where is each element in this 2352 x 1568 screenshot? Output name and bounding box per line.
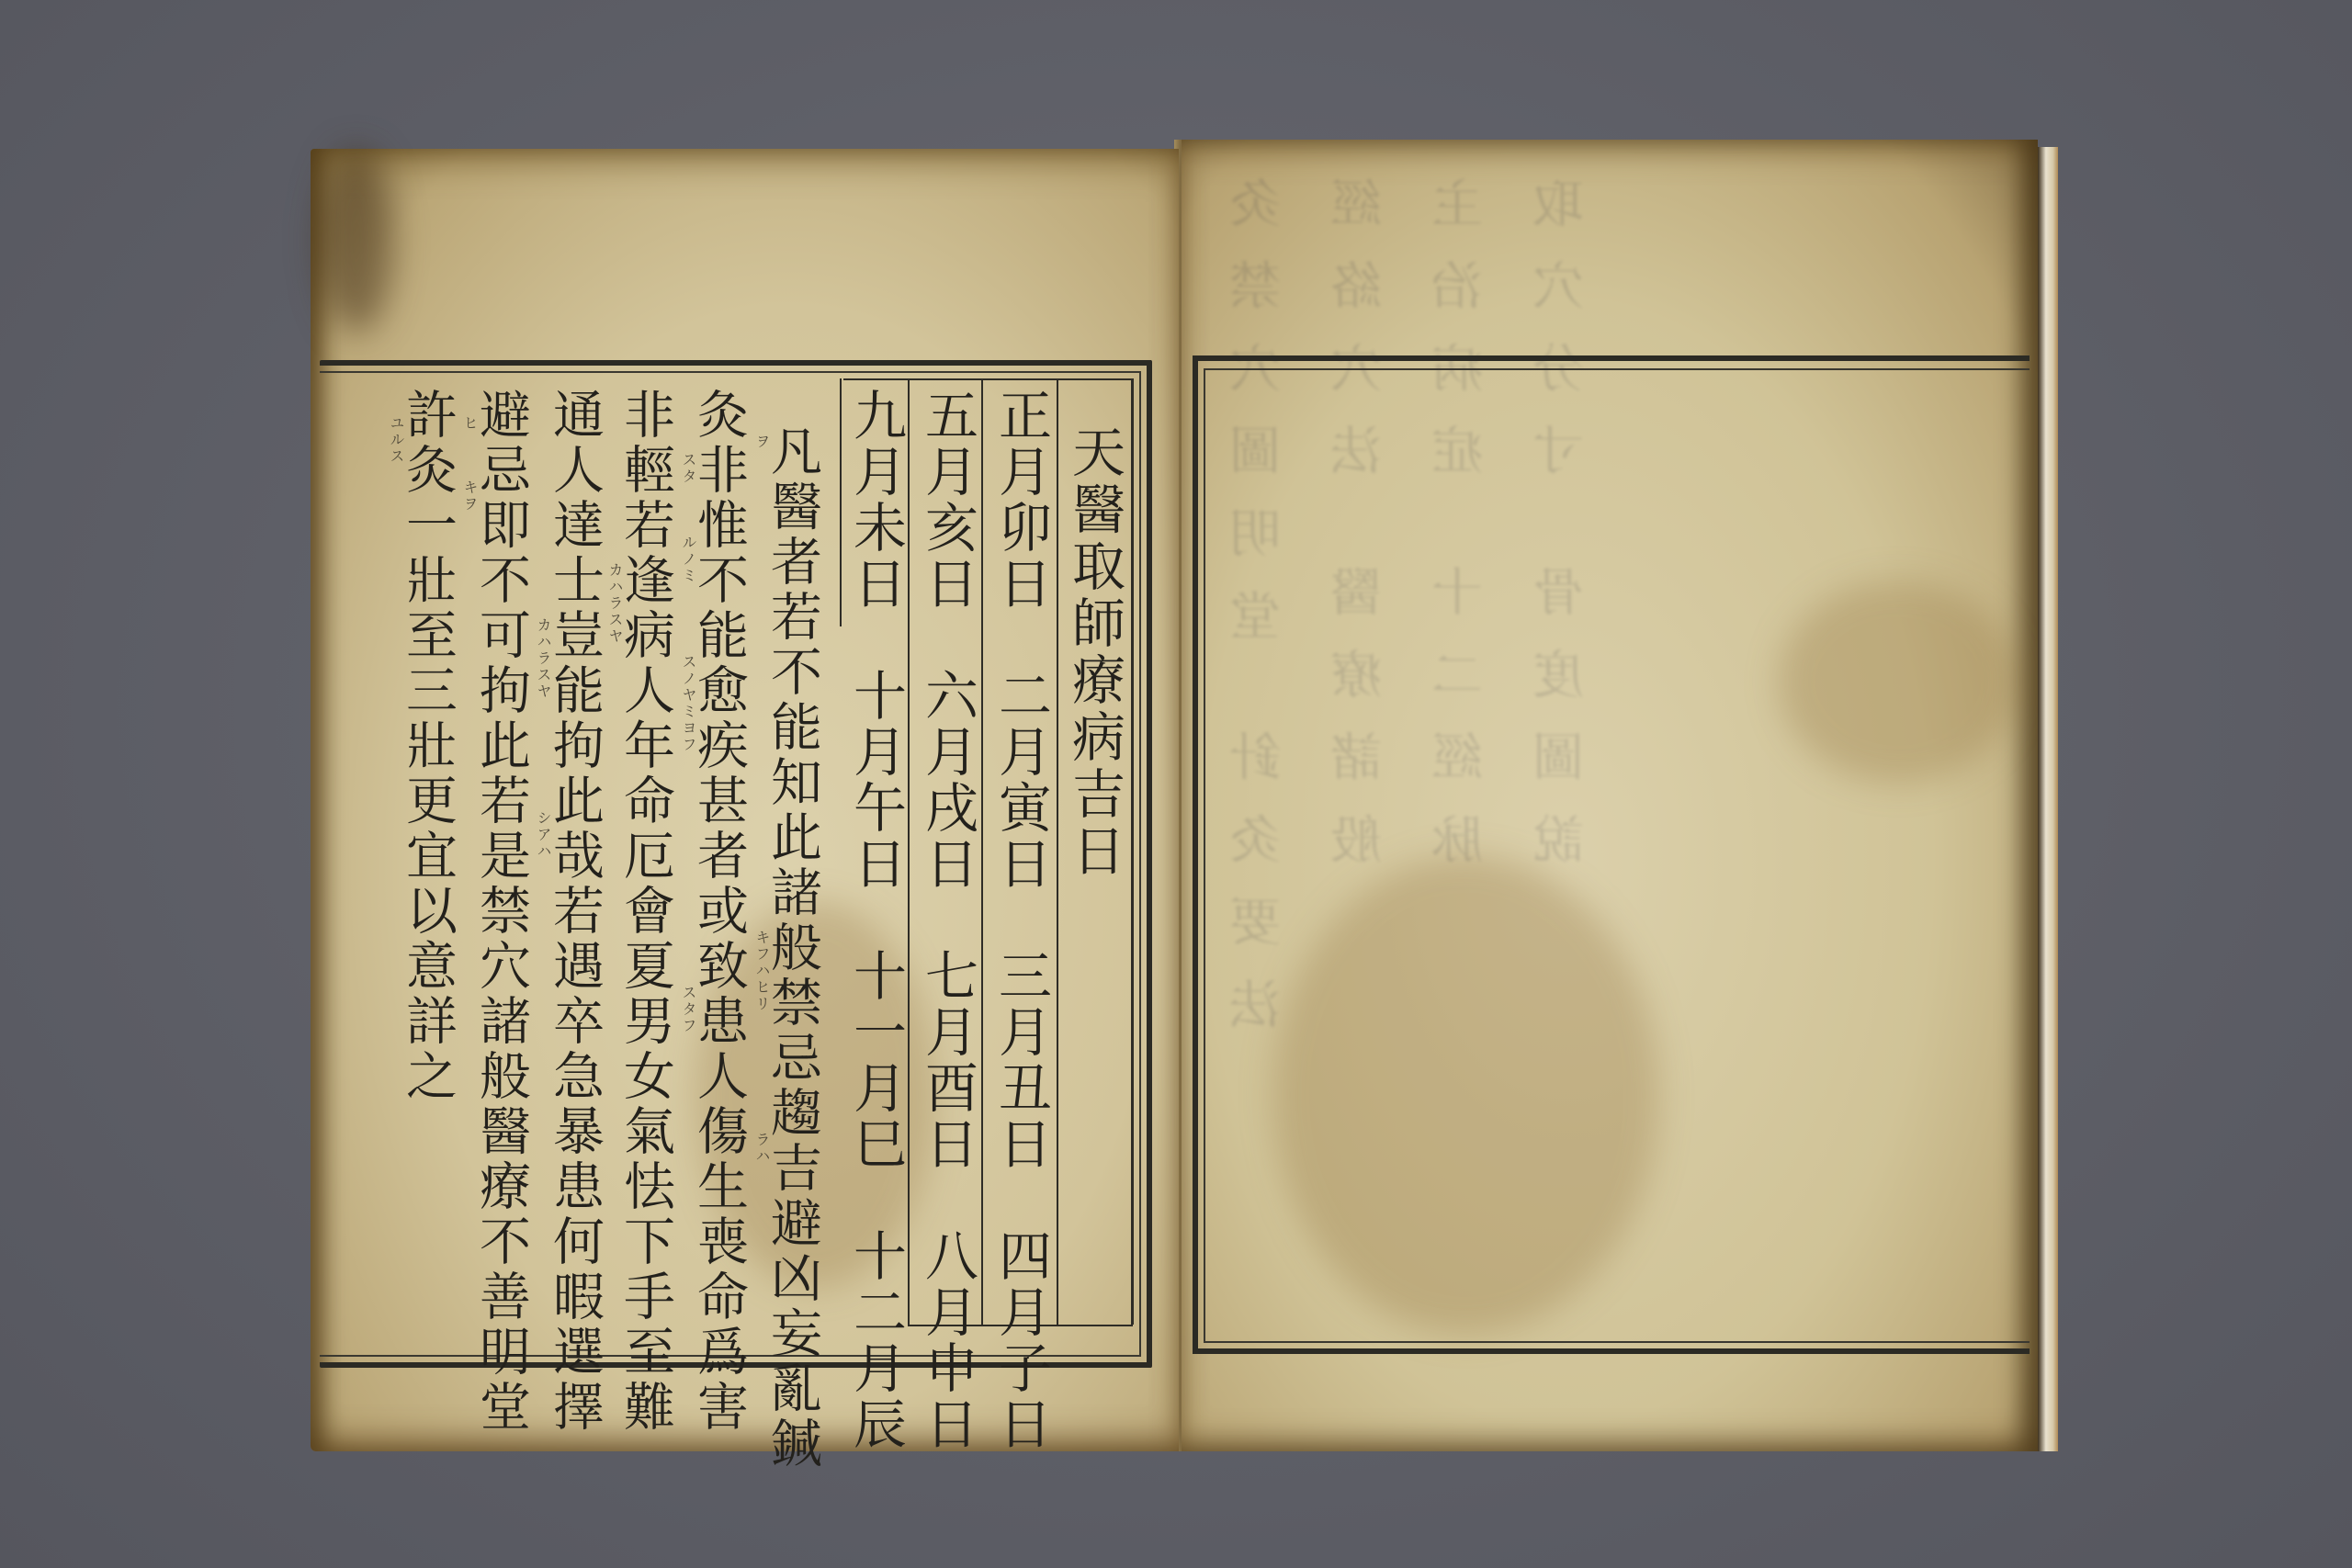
month-cell: 正月卯日 — [989, 388, 1052, 612]
month-cell: 八月申日 — [916, 1228, 978, 1452]
corner-stain — [320, 149, 393, 333]
month-cell: 九月未日 — [844, 388, 907, 612]
kana-gloss: キヲ — [459, 479, 481, 513]
table-rule — [1057, 378, 1058, 1325]
kana-gloss: ユルス — [386, 415, 407, 465]
body-column-6: 許灸一壯至三壯更宜以意詳之 — [401, 388, 454, 1104]
kana-gloss: スノヤミヨフ — [678, 654, 699, 753]
table-top-rule — [843, 378, 1133, 380]
page-edge — [2038, 147, 2058, 1451]
right-page: 灸 禁 穴 圖 明 堂 針 灸 要 法 經 絡 穴 法 醫 療 諸 般 主 治 … — [1182, 140, 2038, 1451]
show-through-text: 灸 禁 穴 圖 明 堂 針 灸 要 法 經 絡 穴 法 醫 療 諸 般 主 治 … — [1209, 176, 2019, 1415]
month-column-2: 五月亥日 六月戌日 七月酉日 八月申日 — [915, 388, 979, 1452]
month-cell: 十二月辰 — [844, 1228, 907, 1452]
kana-gloss: スタ — [678, 452, 699, 485]
table-right-rule — [1131, 378, 1134, 1325]
kana-gloss: スタフ — [678, 985, 699, 1034]
kana-gloss: ルノミ — [678, 535, 699, 584]
month-cell: 二月寅日 — [989, 668, 1052, 892]
kana-gloss: キフハヒリ — [752, 930, 773, 1012]
month-cell: 五月亥日 — [916, 388, 978, 612]
body-column-1: 凡醫者若不能知此諸般禁忌趨吉避凶妄亂鍼 — [765, 424, 819, 1472]
month-cell: 四月子日 — [989, 1228, 1052, 1452]
body-column-5: 避忌即不可拘此若是禁穴諸般醫療不善明堂 — [474, 388, 527, 1435]
body-column-2: 灸非惟不能愈疾甚者或致患人傷生喪命爲害 — [692, 388, 745, 1435]
month-cell: 六月戌日 — [916, 668, 978, 892]
kana-gloss: シアハ — [533, 810, 554, 860]
body-column-4: 通人達士豈能拘此哉若遇卒急暴患何暇選擇 — [548, 388, 601, 1435]
table-rule — [908, 378, 910, 1325]
kana-gloss: カハラスヤ — [533, 617, 554, 700]
kana-gloss: ラハ — [752, 1132, 773, 1165]
body-column-3: 非輕若逢病人年命厄會夏男女氣怯下手至難 — [618, 388, 672, 1435]
left-page: 天醫取師療病吉日 正月卯日 二月寅日 三月丑日 四月子日 五月亥日 六月戌日 七… — [311, 149, 1179, 1451]
table-rule — [981, 378, 983, 1325]
month-cell: 十月午日 — [844, 668, 907, 892]
kana-gloss: ヒ — [459, 415, 481, 432]
month-cell: 七月酉日 — [916, 948, 978, 1172]
month-column-1: 正月卯日 二月寅日 三月丑日 四月子日 — [989, 388, 1053, 1452]
page-title: 天醫取師療病吉日 — [1062, 424, 1126, 880]
month-column-3: 九月未日 十月午日 十一月巳 十二月辰 — [843, 388, 908, 1452]
table-rule — [840, 378, 842, 626]
kana-gloss: ヲ — [752, 434, 773, 450]
month-cell: 十一月巳 — [844, 948, 907, 1172]
left-page-text: 天醫取師療病吉日 正月卯日 二月寅日 三月丑日 四月子日 五月亥日 六月戌日 七… — [393, 378, 1128, 1343]
open-book: 天醫取師療病吉日 正月卯日 二月寅日 三月丑日 四月子日 五月亥日 六月戌日 七… — [311, 140, 2065, 1458]
month-cell: 三月丑日 — [989, 948, 1052, 1172]
kana-gloss: カハラスヤ — [605, 562, 626, 645]
